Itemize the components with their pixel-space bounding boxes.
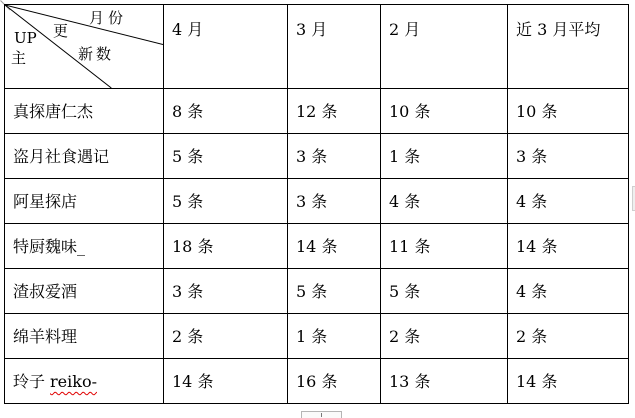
- value-cell: 14 条: [288, 224, 381, 269]
- column-header-cell: 2 月: [381, 5, 508, 89]
- value-cell: 10 条: [381, 89, 508, 134]
- column-header-cell: 4 月: [164, 5, 288, 89]
- monthly-update-count-table: 月份 更 新数 UP 主 4 月 3 月 2 月 近 3 月平均 真探唐仁杰 8…: [4, 4, 629, 404]
- table-row: 盗月社食遇记 5 条 3 条 1 条 3 条: [5, 134, 629, 179]
- table-row: 绵羊料理 2 条 1 条 2 条 2 条: [5, 314, 629, 359]
- value-cell: 5 条: [288, 269, 381, 314]
- value-cell: 14 条: [508, 359, 629, 404]
- row-name-cjk: 玲子: [13, 372, 45, 391]
- value-cell: 14 条: [508, 224, 629, 269]
- table-row: 阿星探店 5 条 3 条 4 条 4 条: [5, 179, 629, 224]
- value-cell: 12 条: [288, 89, 381, 134]
- table-row: 真探唐仁杰 8 条 12 条 10 条 10 条: [5, 89, 629, 134]
- table-row: 玲子reiko- 14 条 16 条 13 条 14 条: [5, 359, 629, 404]
- row-header-cell: 特厨魏味_: [5, 224, 164, 269]
- value-cell: 13 条: [381, 359, 508, 404]
- row-header-cell: 真探唐仁杰: [5, 89, 164, 134]
- partial-bottom-control[interactable]: [301, 411, 342, 418]
- row-header-cell: 玲子reiko-: [5, 359, 164, 404]
- value-cell: 1 条: [288, 314, 381, 359]
- value-cell: 3 条: [508, 134, 629, 179]
- value-cell: 3 条: [164, 269, 288, 314]
- value-cell: 2 条: [381, 314, 508, 359]
- value-cell: 16 条: [288, 359, 381, 404]
- header-row: 月份 更 新数 UP 主 4 月 3 月 2 月 近 3 月平均: [5, 5, 629, 89]
- corner-label-updates-line2: 新数: [78, 47, 114, 62]
- value-cell: 14 条: [164, 359, 288, 404]
- table-row: 特厨魏味_ 18 条 14 条 11 条 14 条: [5, 224, 629, 269]
- value-cell: 4 条: [508, 179, 629, 224]
- table-row: 渣叔爱酒 3 条 5 条 5 条 4 条: [5, 269, 629, 314]
- value-cell: 4 条: [508, 269, 629, 314]
- value-cell: 2 条: [164, 314, 288, 359]
- column-header-cell: 3 月: [288, 5, 381, 89]
- value-cell: 5 条: [164, 179, 288, 224]
- value-cell: 10 条: [508, 89, 629, 134]
- value-cell: 5 条: [164, 134, 288, 179]
- row-header-cell: 绵羊料理: [5, 314, 164, 359]
- corner-label-month: 月份: [89, 11, 127, 26]
- value-cell: 3 条: [288, 134, 381, 179]
- row-header-cell: 渣叔爱酒: [5, 269, 164, 314]
- corner-label-uploader-line1: UP: [14, 31, 37, 46]
- partial-bottom-control-glyph: [321, 413, 322, 417]
- corner-label-uploader-line2: 主: [11, 51, 26, 66]
- value-cell: 4 条: [381, 179, 508, 224]
- value-cell: 2 条: [508, 314, 629, 359]
- value-cell: 18 条: [164, 224, 288, 269]
- corner-header-cell: 月份 更 新数 UP 主: [5, 5, 164, 89]
- value-cell: 1 条: [381, 134, 508, 179]
- value-cell: 11 条: [381, 224, 508, 269]
- row-header-cell: 盗月社食遇记: [5, 134, 164, 179]
- column-header-cell: 近 3 月平均: [508, 5, 629, 89]
- value-cell: 5 条: [381, 269, 508, 314]
- corner-label-updates-line1: 更: [53, 24, 68, 39]
- row-header-cell: 阿星探店: [5, 179, 164, 224]
- value-cell: 8 条: [164, 89, 288, 134]
- value-cell: 3 条: [288, 179, 381, 224]
- row-name-latin-misspelled: reiko-: [50, 372, 97, 391]
